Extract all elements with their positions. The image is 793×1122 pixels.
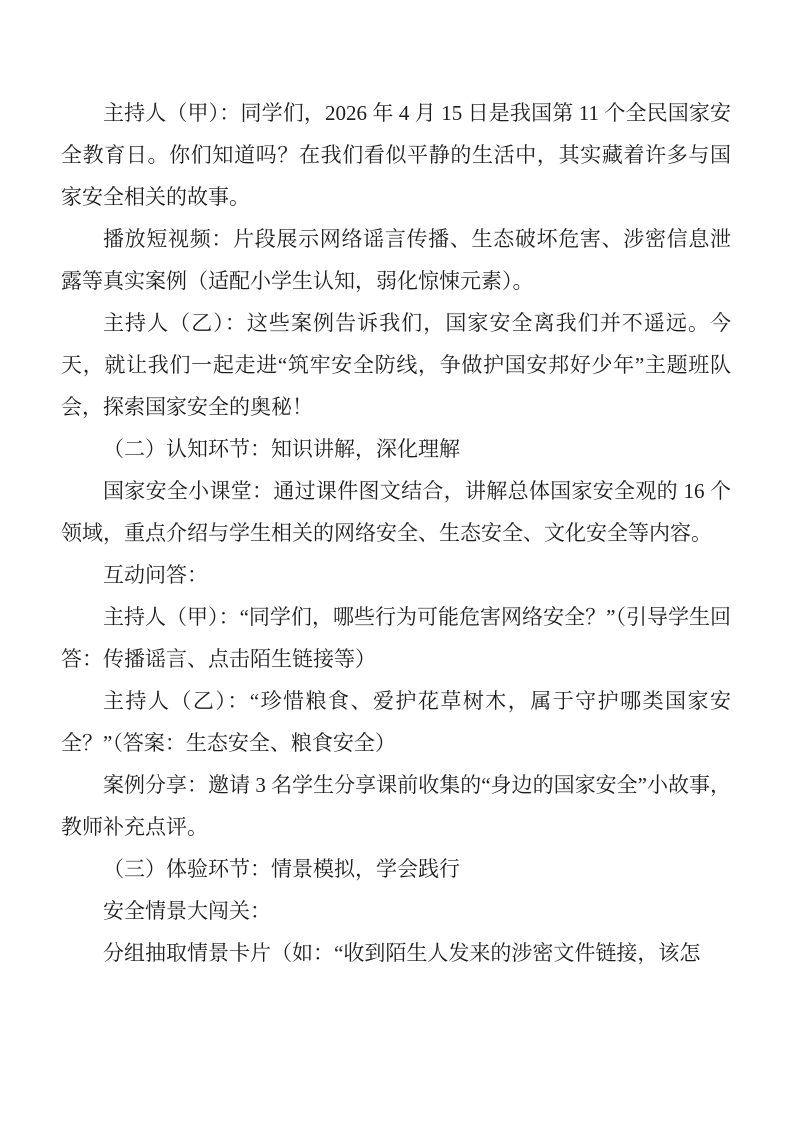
paragraph: 分组抽取情景卡片（如：“收到陌生人发来的涉密文件链接，该怎 — [61, 932, 731, 974]
paragraph: 主持人（乙）：这些案例告诉我们，国家安全离我们并不遥远。今天，就让我们一起走进“… — [61, 302, 731, 428]
paragraph: （二）认知环节：知识讲解，深化理解 — [61, 428, 731, 470]
paragraph: 播放短视频：片段展示网络谣言传播、生态破坏危害、涉密信息泄露等真实案例（适配小学… — [61, 218, 731, 302]
paragraph: 安全情景大闯关： — [61, 890, 731, 932]
paragraph: 案例分享：邀请 3 名学生分享课前收集的“身边的国家安全”小故事，教师补充点评。 — [61, 764, 731, 848]
paragraph: 主持人（甲）：同学们，2026 年 4 月 15 日是我国第 11 个全民国家安… — [61, 92, 731, 218]
paragraph: 国家安全小课堂：通过课件图文结合，讲解总体国家安全观的 16 个领域，重点介绍与… — [61, 470, 731, 554]
paragraph: 主持人（甲）：“同学们，哪些行为可能危害网络安全？”（引导学生回答：传播谣言、点… — [61, 596, 731, 680]
paragraph: （三）体验环节：情景模拟，学会践行 — [61, 848, 731, 890]
paragraph: 互动问答： — [61, 554, 731, 596]
paragraph: 主持人（乙）：“珍惜粮食、爱护花草树木，属于守护哪类国家安全？”（答案：生态安全… — [61, 680, 731, 764]
document-body: 主持人（甲）：同学们，2026 年 4 月 15 日是我国第 11 个全民国家安… — [61, 92, 731, 974]
document-page: 主持人（甲）：同学们，2026 年 4 月 15 日是我国第 11 个全民国家安… — [0, 0, 793, 1122]
